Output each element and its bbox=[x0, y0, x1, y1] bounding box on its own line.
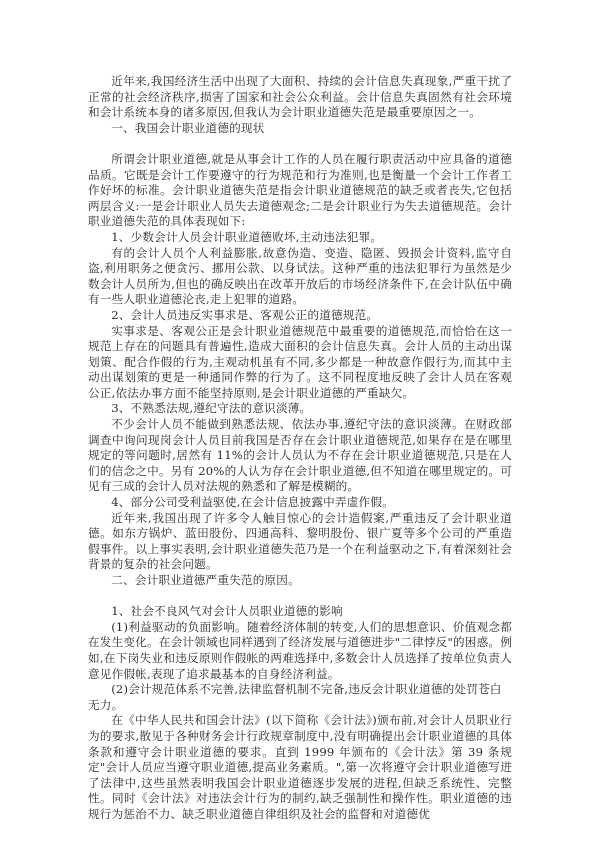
subsection-1-title: 1、社会不良风气对会计人员职业道德的影响 bbox=[88, 604, 512, 620]
point-1-body: 有的会计人员个人利益膨胀,故意伪造、变造、隐匿、毁损会计资料,监守自盗,利用职务… bbox=[88, 246, 512, 308]
item-1-paragraph: (1)利益驱动的负面影响。随着经济体制的转变,人们的思想意识、价值观念都在发生变… bbox=[88, 620, 512, 682]
item-2-body: 在《中华人民共和国会计法》(以下简称《会计法》)颁布前,对会计人员职业行为的要求… bbox=[88, 713, 512, 822]
spacer bbox=[88, 589, 512, 605]
document-page: 近年来,我国经济生活中出现了大面积、持续的会计信息失真现象,严重干扰了正常的社会… bbox=[88, 74, 512, 823]
point-3-title: 3、不熟悉法规,遵纪守法的意识淡薄。 bbox=[88, 401, 512, 417]
intro-paragraph: 近年来,我国经济生活中出现了大面积、持续的会计信息失真现象,严重干扰了正常的社会… bbox=[88, 74, 512, 121]
point-4-title: 4、部分公司受利益驱使,在会计信息披露中弄虚作假。 bbox=[88, 495, 512, 511]
point-4-body: 近年来,我国出现了许多令人触目惊心的会计造假案,严重违反了会计职业道德。如东方锅… bbox=[88, 511, 512, 573]
section-1-heading: 一、我国会计职业道德的现状 bbox=[88, 121, 512, 137]
definition-paragraph: 所谓会计职业道德,就是从事会计工作的人员在履行职责活动中应具备的道德品质。它既是… bbox=[88, 152, 512, 230]
spacer bbox=[88, 136, 512, 152]
point-3-body: 不少会计人员不能做到熟悉法规、依法办事,遵纪守法的意识淡薄。在财政部调查中询问现… bbox=[88, 417, 512, 495]
point-2-body: 实事求是、客观公正是会计职业道德规范中最重要的道德规范,而恰恰在这一规范上存在的… bbox=[88, 324, 512, 402]
point-1-title: 1、少数会计人员会计职业道德败坏,主动违法犯罪。 bbox=[88, 230, 512, 246]
point-2-title: 2、会计人员违反实事求是、客观公正的道德规范。 bbox=[88, 308, 512, 324]
item-2-title: (2)会计规范体系不完善,法律监督机制不完备,违反会计职业道德的处罚苍白无力。 bbox=[88, 682, 512, 713]
section-2-heading: 二、会计职业道德严重失范的原因。 bbox=[88, 573, 512, 589]
